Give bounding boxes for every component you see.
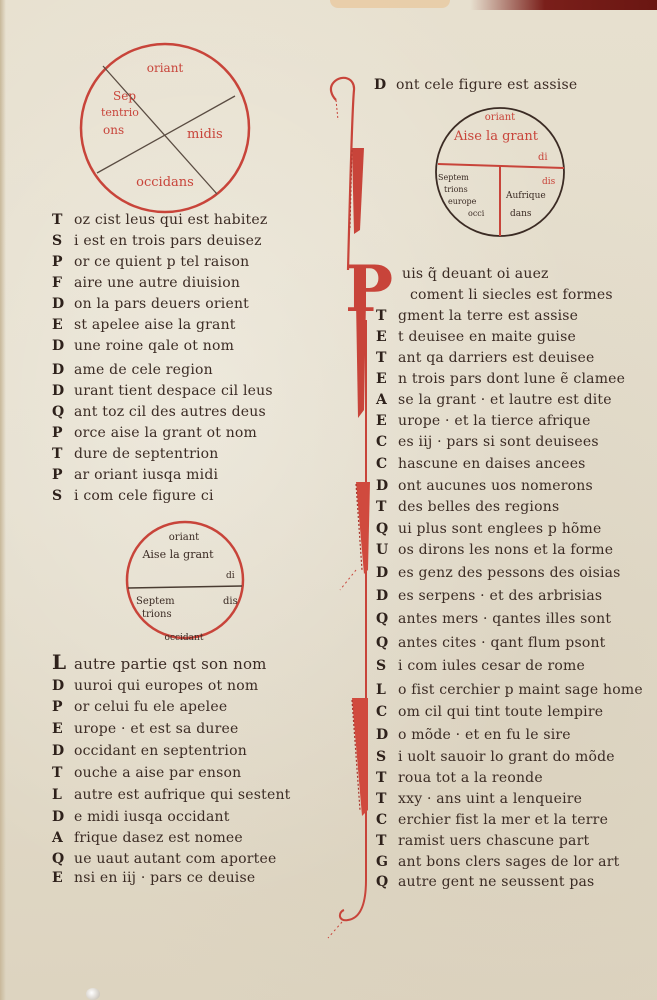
verse-line: Por ce quient p tel raison — [52, 252, 249, 272]
verse-line: Don la pars deuers orient — [52, 294, 249, 314]
t-o-map-diagram-2: oriant Aise la grant di Septem trions di… — [122, 518, 252, 648]
svg-text:trions: trions — [444, 185, 468, 194]
verse-line: Qautre gent ne seussent pas — [376, 872, 594, 892]
verse-line: Lautre est aufrique qui sestent — [52, 785, 291, 805]
svg-text:europe: europe — [448, 197, 477, 206]
svg-text:midis: midis — [187, 127, 223, 142]
page-edge-shadow — [0, 0, 6, 1000]
svg-text:oriant: oriant — [147, 61, 184, 75]
verse-line: Ces iij · pars si sont deuisees — [376, 432, 599, 452]
svg-text:Septem: Septem — [136, 596, 175, 607]
red-penwork-flourish — [320, 70, 380, 940]
verse-line: Par oriant iusqa midi — [52, 465, 218, 485]
svg-text:dis: dis — [542, 177, 556, 187]
svg-text:di: di — [226, 571, 235, 581]
verse-line: Afrique dasez est nomee — [52, 828, 243, 848]
verse-line-heading: Dont cele figure est assise — [374, 75, 577, 95]
verse-line: Porce aise la grant ot nom — [52, 423, 257, 443]
verse-line: Uos dirons les nons et la forme — [376, 540, 613, 560]
svg-text:Aise la grant: Aise la grant — [453, 129, 539, 144]
page-tab — [330, 0, 450, 8]
svg-text:tentrio: tentrio — [101, 106, 139, 119]
manuscript-page: oriant Sep tentrio ons midis occidans To… — [0, 0, 657, 1000]
verse-line: Tant qa darriers est deuisee — [376, 348, 594, 368]
verse-line: Ase la grant · et lautre est dite — [376, 390, 612, 410]
verse-line: coment li siecles est formes — [410, 285, 613, 305]
verse-line: Do mõde · et en fu le sire — [376, 725, 571, 745]
svg-text:dis: dis — [223, 596, 238, 607]
verse-line: Duuroi qui europes ot nom — [52, 676, 258, 696]
verse-line: En trois pars dont lune ẽ clamee — [376, 369, 625, 389]
verse-line: Tdure de septentrion — [52, 444, 219, 464]
verse-line: Dame de cele region — [52, 360, 213, 380]
verse-line: Est apelee aise la grant — [52, 315, 236, 335]
verse-line: Qantes mers · qantes illes sont — [376, 609, 611, 629]
verse-line: Gant bons clers sages de lor art — [376, 852, 619, 872]
verse-line: Des serpens · et des arbrisias — [376, 586, 602, 606]
verse-line: Chascune en daises ancees — [376, 454, 586, 474]
verse-line: Si com cele figure ci — [52, 486, 214, 506]
svg-text:Aufrique: Aufrique — [505, 191, 546, 201]
t-o-map-diagram-3: oriant Aise la grant di Septem trions eu… — [434, 104, 570, 240]
svg-text:oriant: oriant — [169, 532, 199, 543]
verse-line: Dont aucunes uos nomerons — [376, 476, 593, 496]
svg-text:occidans: occidans — [136, 175, 194, 190]
red-binding-edge — [470, 0, 657, 10]
verse-line: Qui plus sont englees p hõme — [376, 519, 602, 539]
verse-line: Toz cist leus qui est habitez — [52, 210, 267, 230]
verse-line: Et deuisee en maite guise — [376, 327, 576, 347]
svg-text:trions: trions — [142, 609, 172, 620]
svg-text:oriant: oriant — [485, 112, 515, 123]
svg-text:di: di — [538, 152, 548, 163]
initial-p-descender — [350, 300, 370, 420]
page-stain — [86, 988, 100, 1000]
verse-line: Lautre partie qst son nom — [52, 652, 267, 674]
svg-text:ons: ons — [103, 123, 124, 137]
verse-line: Doccidant en septentrion — [52, 741, 247, 761]
verse-line: De midi iusqa occidant — [52, 807, 230, 827]
verse-line: Touche a aise par enson — [52, 763, 241, 783]
verse-line: uis q̃ deuant oi auez — [402, 264, 549, 284]
verse-line: Des genz des pessons des oisias — [376, 563, 621, 583]
svg-text:Septem: Septem — [438, 173, 469, 182]
verse-line: Qant toz cil des autres deus — [52, 402, 266, 422]
verse-line: Por celui fu ele apelee — [52, 697, 227, 717]
verse-line: Europe · et est sa duree — [52, 719, 238, 739]
svg-text:dans: dans — [510, 209, 532, 219]
t-o-map-diagram-quartered: oriant Sep tentrio ons midis occidans — [75, 38, 255, 218]
verse-line: Tgment la terre est assise — [376, 306, 578, 326]
svg-text:occidant: occidant — [165, 633, 204, 643]
verse-line: Qantes cites · qant flum psont — [376, 633, 606, 653]
verse-line: Tdes belles des regions — [376, 497, 559, 517]
verse-line: Europe · et la tierce afrique — [376, 411, 591, 431]
verse-line: Txxy · ans uint a lenqueire — [376, 789, 582, 809]
verse-line: Tramist uers chascune part — [376, 831, 589, 851]
verse-line: Que uaut autant com aportee — [52, 849, 276, 869]
verse-line: Com cil qui tint toute lempire — [376, 702, 603, 722]
verse-line: Si com iules cesar de rome — [376, 656, 585, 676]
verse-line: Ensi en iij · pars ce deuise — [52, 868, 255, 888]
svg-text:Aise la grant: Aise la grant — [141, 548, 214, 561]
verse-line: Faire une autre diuision — [52, 273, 240, 293]
svg-text:occi: occi — [468, 209, 485, 218]
verse-line: Dune roine qale ot nom — [52, 336, 234, 356]
verse-line: Cerchier fist la mer et la terre — [376, 810, 608, 830]
svg-text:Sep: Sep — [113, 89, 136, 103]
verse-line: Troua tot a la reonde — [376, 768, 543, 788]
verse-line: Si est en trois pars deuisez — [52, 231, 262, 251]
verse-line: Durant tient despace cil leus — [52, 381, 273, 401]
verse-line: Lo fist cerchier p maint sage home — [376, 680, 643, 700]
verse-line: Si uolt sauoir lo grant do mõde — [376, 747, 615, 767]
